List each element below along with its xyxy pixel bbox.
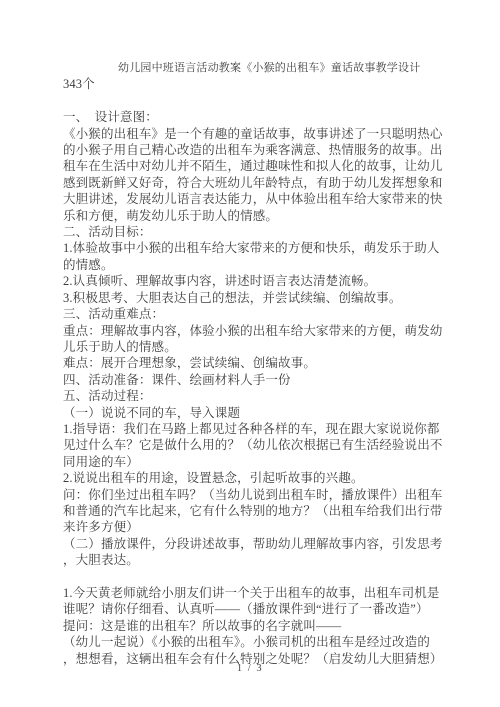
text-line: 问：你们坐过出租车吗？（当幼儿说到出租车时，播放课件）出租车	[63, 487, 442, 503]
text-line: 同用途的车）	[63, 454, 442, 470]
text-line: 《小猴的出租车》是一个有趣的童话故事，故事讲述了一只聪明热心	[63, 126, 442, 142]
document-title: 幼儿园中班语言活动教案《小猴的出租车》童话故事教学设计	[63, 60, 442, 76]
text-line: 难点：展开合理想象，尝试续编、创编故事。	[63, 355, 442, 371]
text-line: 乐和方便，萌发幼儿乐于助人的情感。	[63, 208, 442, 224]
text-line: 大胆讲述，发展幼儿语言表达能力，从中体验出租车给大家带来的快	[63, 191, 442, 207]
blank-line	[63, 93, 442, 109]
text-line: 儿乐于助人的情感。	[63, 339, 442, 355]
text-line: 谁呢？请你仔细看、认真听——（播放课件到“进行了一番改造”）	[63, 601, 442, 617]
text-line: 2.说说出租车的用途，设置悬念，引起听故事的兴趣。	[63, 470, 442, 486]
text-line: ，大胆表达。	[63, 552, 442, 568]
text-line: 343个	[63, 76, 442, 92]
text-line: 重点：理解故事内容，体验小猴的出租车给大家带来的方便，萌发幼	[63, 323, 442, 339]
text-line: 四、活动准备：课件、绘画材料人手一份	[63, 372, 442, 388]
text-line: （二）播放课件，分段讲述故事，帮助幼儿理解故事内容，引发思考	[63, 536, 442, 552]
text-line: 的情感。	[63, 257, 442, 273]
text-line: 感到既新鲜又好奇，符合大班幼儿年龄特点，有助于幼儿发挥想象和	[63, 175, 442, 191]
text-line: 3.积极思考、大胆表达自己的想法，并尝试续编、创编故事。	[63, 290, 442, 306]
text-line: 三、活动重难点：	[63, 306, 442, 322]
text-line: 1.指导语：我们在马路上都见过各种各样的车，现在跟大家说说你都	[63, 421, 442, 437]
document-page: 幼儿园中班语言活动教案《小猴的出租车》童话故事教学设计 343个 一、 设计意图…	[0, 0, 500, 707]
text-line: 来许多方便）	[63, 519, 442, 535]
text-line: 二、活动目标：	[63, 224, 442, 240]
text-line: 见过什么车？它是做什么用的？（幼儿依次根据已有生活经验说出不	[63, 437, 442, 453]
text-line: 1.今天黄老师就给小朋友们讲一个关于出租车的故事，出租车司机是	[63, 585, 442, 601]
text-line: 五、活动过程：	[63, 388, 442, 404]
text-line: 1.体验故事中小猴的出租车给大家带来的方便和快乐，萌发乐于助人	[63, 240, 442, 256]
blank-line	[63, 569, 442, 585]
page-indicator: 1 / 3	[0, 663, 500, 674]
text-line: 一、 设计意图：	[63, 109, 442, 125]
text-line: （幼儿一起说）《小猴的出租车》。小猴司机的出租车是经过改造的	[63, 634, 442, 650]
text-line: 和普通的汽车比起来，它有什么特别的地方？（出租车给我们出行带	[63, 503, 442, 519]
text-line: 2.认真倾听、理解故事内容，讲述时语言表达清楚流畅。	[63, 273, 442, 289]
document-body: 343个 一、 设计意图：《小猴的出租车》是一个有趣的童话故事，故事讲述了一只聪…	[63, 76, 442, 667]
text-line: （一）说说不同的车，导入课题	[63, 405, 442, 421]
text-line: 租车在生活中对幼儿并不陌生，通过趣味性和拟人化的故事，让幼儿	[63, 158, 442, 174]
text-line: 的小猴子用自己精心改造的出租车为乘客满意、热情服务的故事。出	[63, 142, 442, 158]
text-line: 提问：这是谁的出租车？所以故事的名字就叫——	[63, 618, 442, 634]
